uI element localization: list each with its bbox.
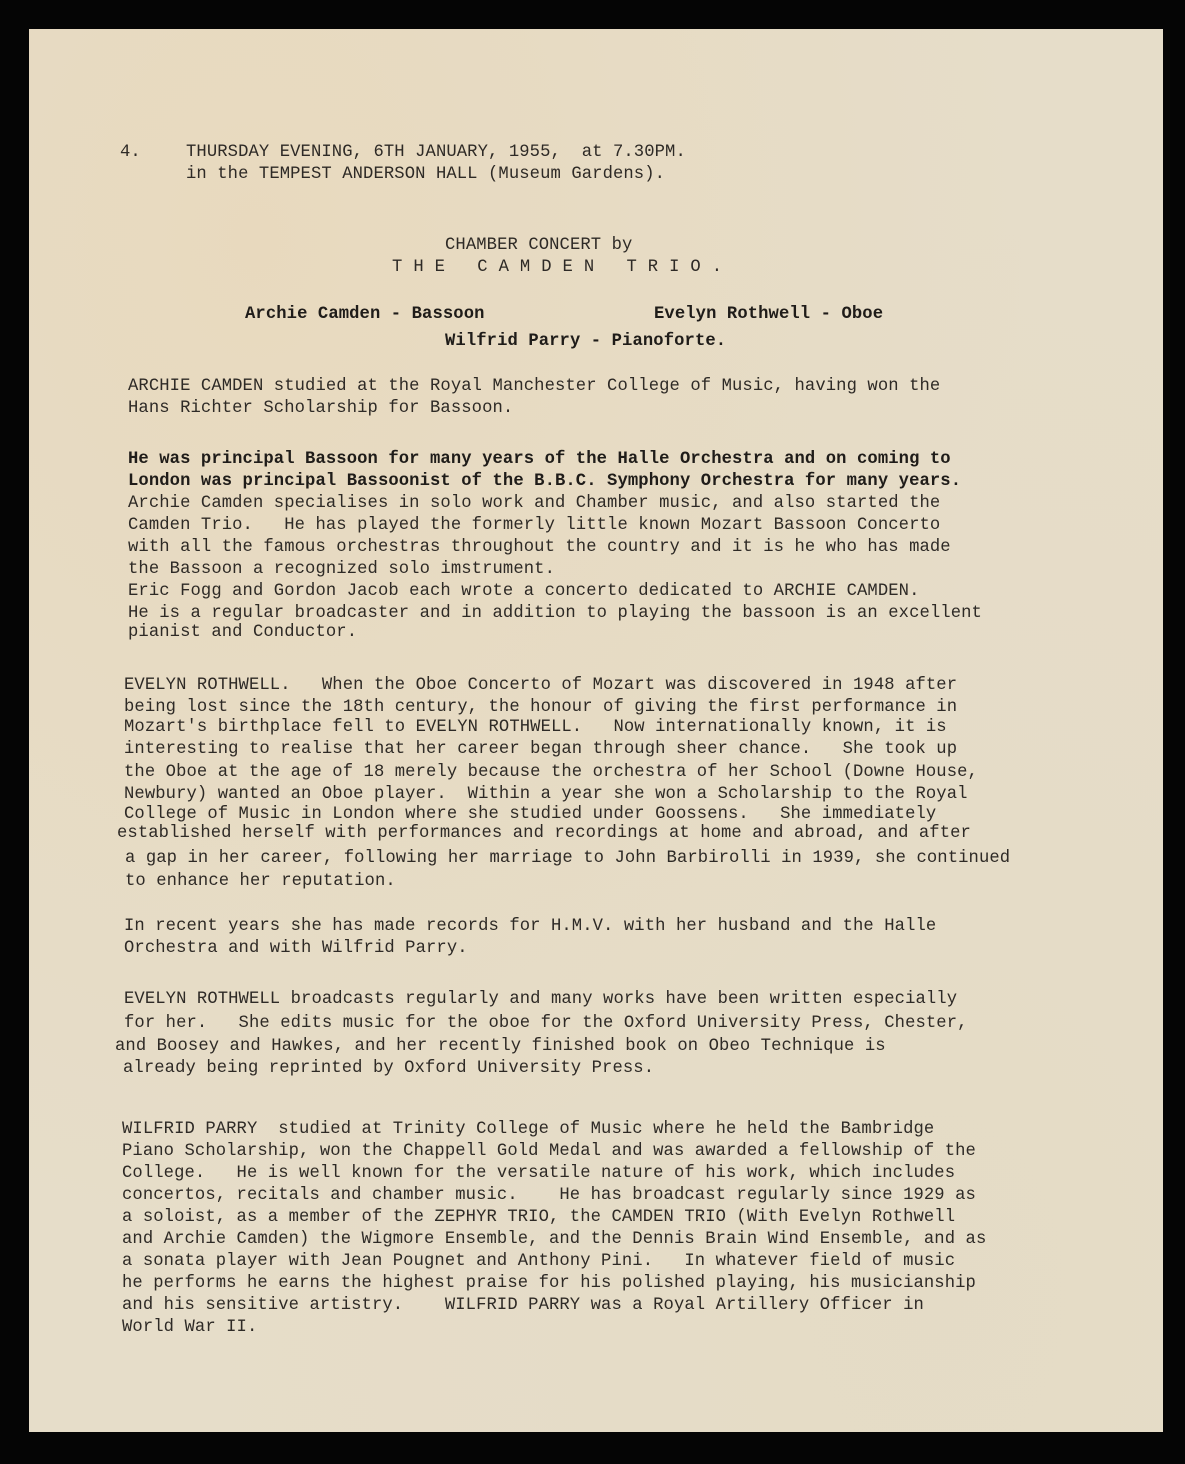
text-line: Eric Fogg and Gordon Jacob each wrote a … bbox=[128, 581, 919, 603]
text-line: In recent years she has made records for… bbox=[124, 916, 936, 938]
text-line: Orchestra and with Wilfrid Parry. bbox=[124, 938, 468, 960]
event-venue: in the TEMPEST ANDERSON HALL (Museum Gar… bbox=[186, 164, 665, 186]
text-line: London was principal Bassoonist of the B… bbox=[128, 471, 961, 493]
text-line: being lost since the 18th century, the h… bbox=[124, 697, 957, 719]
text-line: WILFRID PARRY studied at Trinity College… bbox=[122, 1119, 934, 1141]
text-line: Piano Scholarship, won the Chappell Gold… bbox=[122, 1141, 976, 1163]
performer-parry: Wilfrid Parry - Pianoforte. bbox=[445, 331, 726, 353]
text-line: Mozart's birthplace fell to EVELYN ROTHW… bbox=[124, 717, 947, 739]
text-line: ARCHIE CAMDEN studied at the Royal Manch… bbox=[128, 376, 940, 398]
text-line: pianist and Conductor. bbox=[128, 622, 357, 644]
text-line: already being reprinted by Oxford Univer… bbox=[123, 1058, 654, 1080]
text-line: Camden Trio. He has played the formerly … bbox=[128, 515, 940, 537]
text-line: established herself with performances an… bbox=[117, 823, 971, 845]
text-line: He was principal Bassoon for many years … bbox=[128, 449, 951, 471]
text-line: he performs he earns the highest praise … bbox=[122, 1273, 976, 1295]
text-line: with all the famous orchestras throughou… bbox=[128, 537, 951, 559]
event-date-time: THURSDAY EVENING, 6TH JANUARY, 1955, at … bbox=[186, 142, 686, 164]
text-line: Hans Richter Scholarship for Bassoon. bbox=[128, 398, 513, 420]
text-line: a soloist, as a member of the ZEPHYR TRI… bbox=[122, 1207, 955, 1229]
text-line: to enhance her reputation. bbox=[125, 871, 396, 893]
text-line: EVELYN ROTHWELL. When the Oboe Concerto … bbox=[124, 675, 957, 697]
text-line: interesting to realise that her career b… bbox=[124, 739, 957, 761]
performer-rothwell: Evelyn Rothwell - Oboe bbox=[654, 304, 883, 326]
document-page: 4. THURSDAY EVENING, 6TH JANUARY, 1955, … bbox=[29, 29, 1163, 1432]
text-line: the Bassoon a recognized solo imstrument… bbox=[128, 559, 555, 581]
text-line: and his sensitive artistry. WILFRID PARR… bbox=[122, 1295, 924, 1317]
text-line: Newbury) wanted an Oboe player. Within a… bbox=[124, 784, 968, 806]
text-line: the Oboe at the age of 18 merely because… bbox=[124, 762, 978, 784]
text-line: World War II. bbox=[122, 1317, 257, 1339]
text-line: concertos, recitals and chamber music. H… bbox=[122, 1185, 976, 1207]
text-line: EVELYN ROTHWELL broadcasts regularly and… bbox=[124, 989, 957, 1011]
concert-title: CHAMBER CONCERT by bbox=[445, 235, 632, 257]
text-line: College. He is well known for the versat… bbox=[122, 1163, 955, 1185]
text-line: and Boosey and Hawkes, and her recently … bbox=[115, 1036, 886, 1058]
text-line: a gap in her career, following her marri… bbox=[125, 848, 1010, 870]
text-line: and Archie Camden) the Wigmore Ensemble,… bbox=[122, 1229, 986, 1251]
ensemble-name: THE CAMDEN TRIO. bbox=[392, 257, 733, 279]
text-line: for her. She edits music for the oboe fo… bbox=[124, 1013, 968, 1035]
performer-camden: Archie Camden - Bassoon bbox=[245, 304, 485, 326]
text-line: a sonata player with Jean Pougnet and An… bbox=[122, 1251, 955, 1273]
text-line: Archie Camden specialises in solo work a… bbox=[128, 493, 940, 515]
item-number: 4. bbox=[120, 142, 141, 164]
